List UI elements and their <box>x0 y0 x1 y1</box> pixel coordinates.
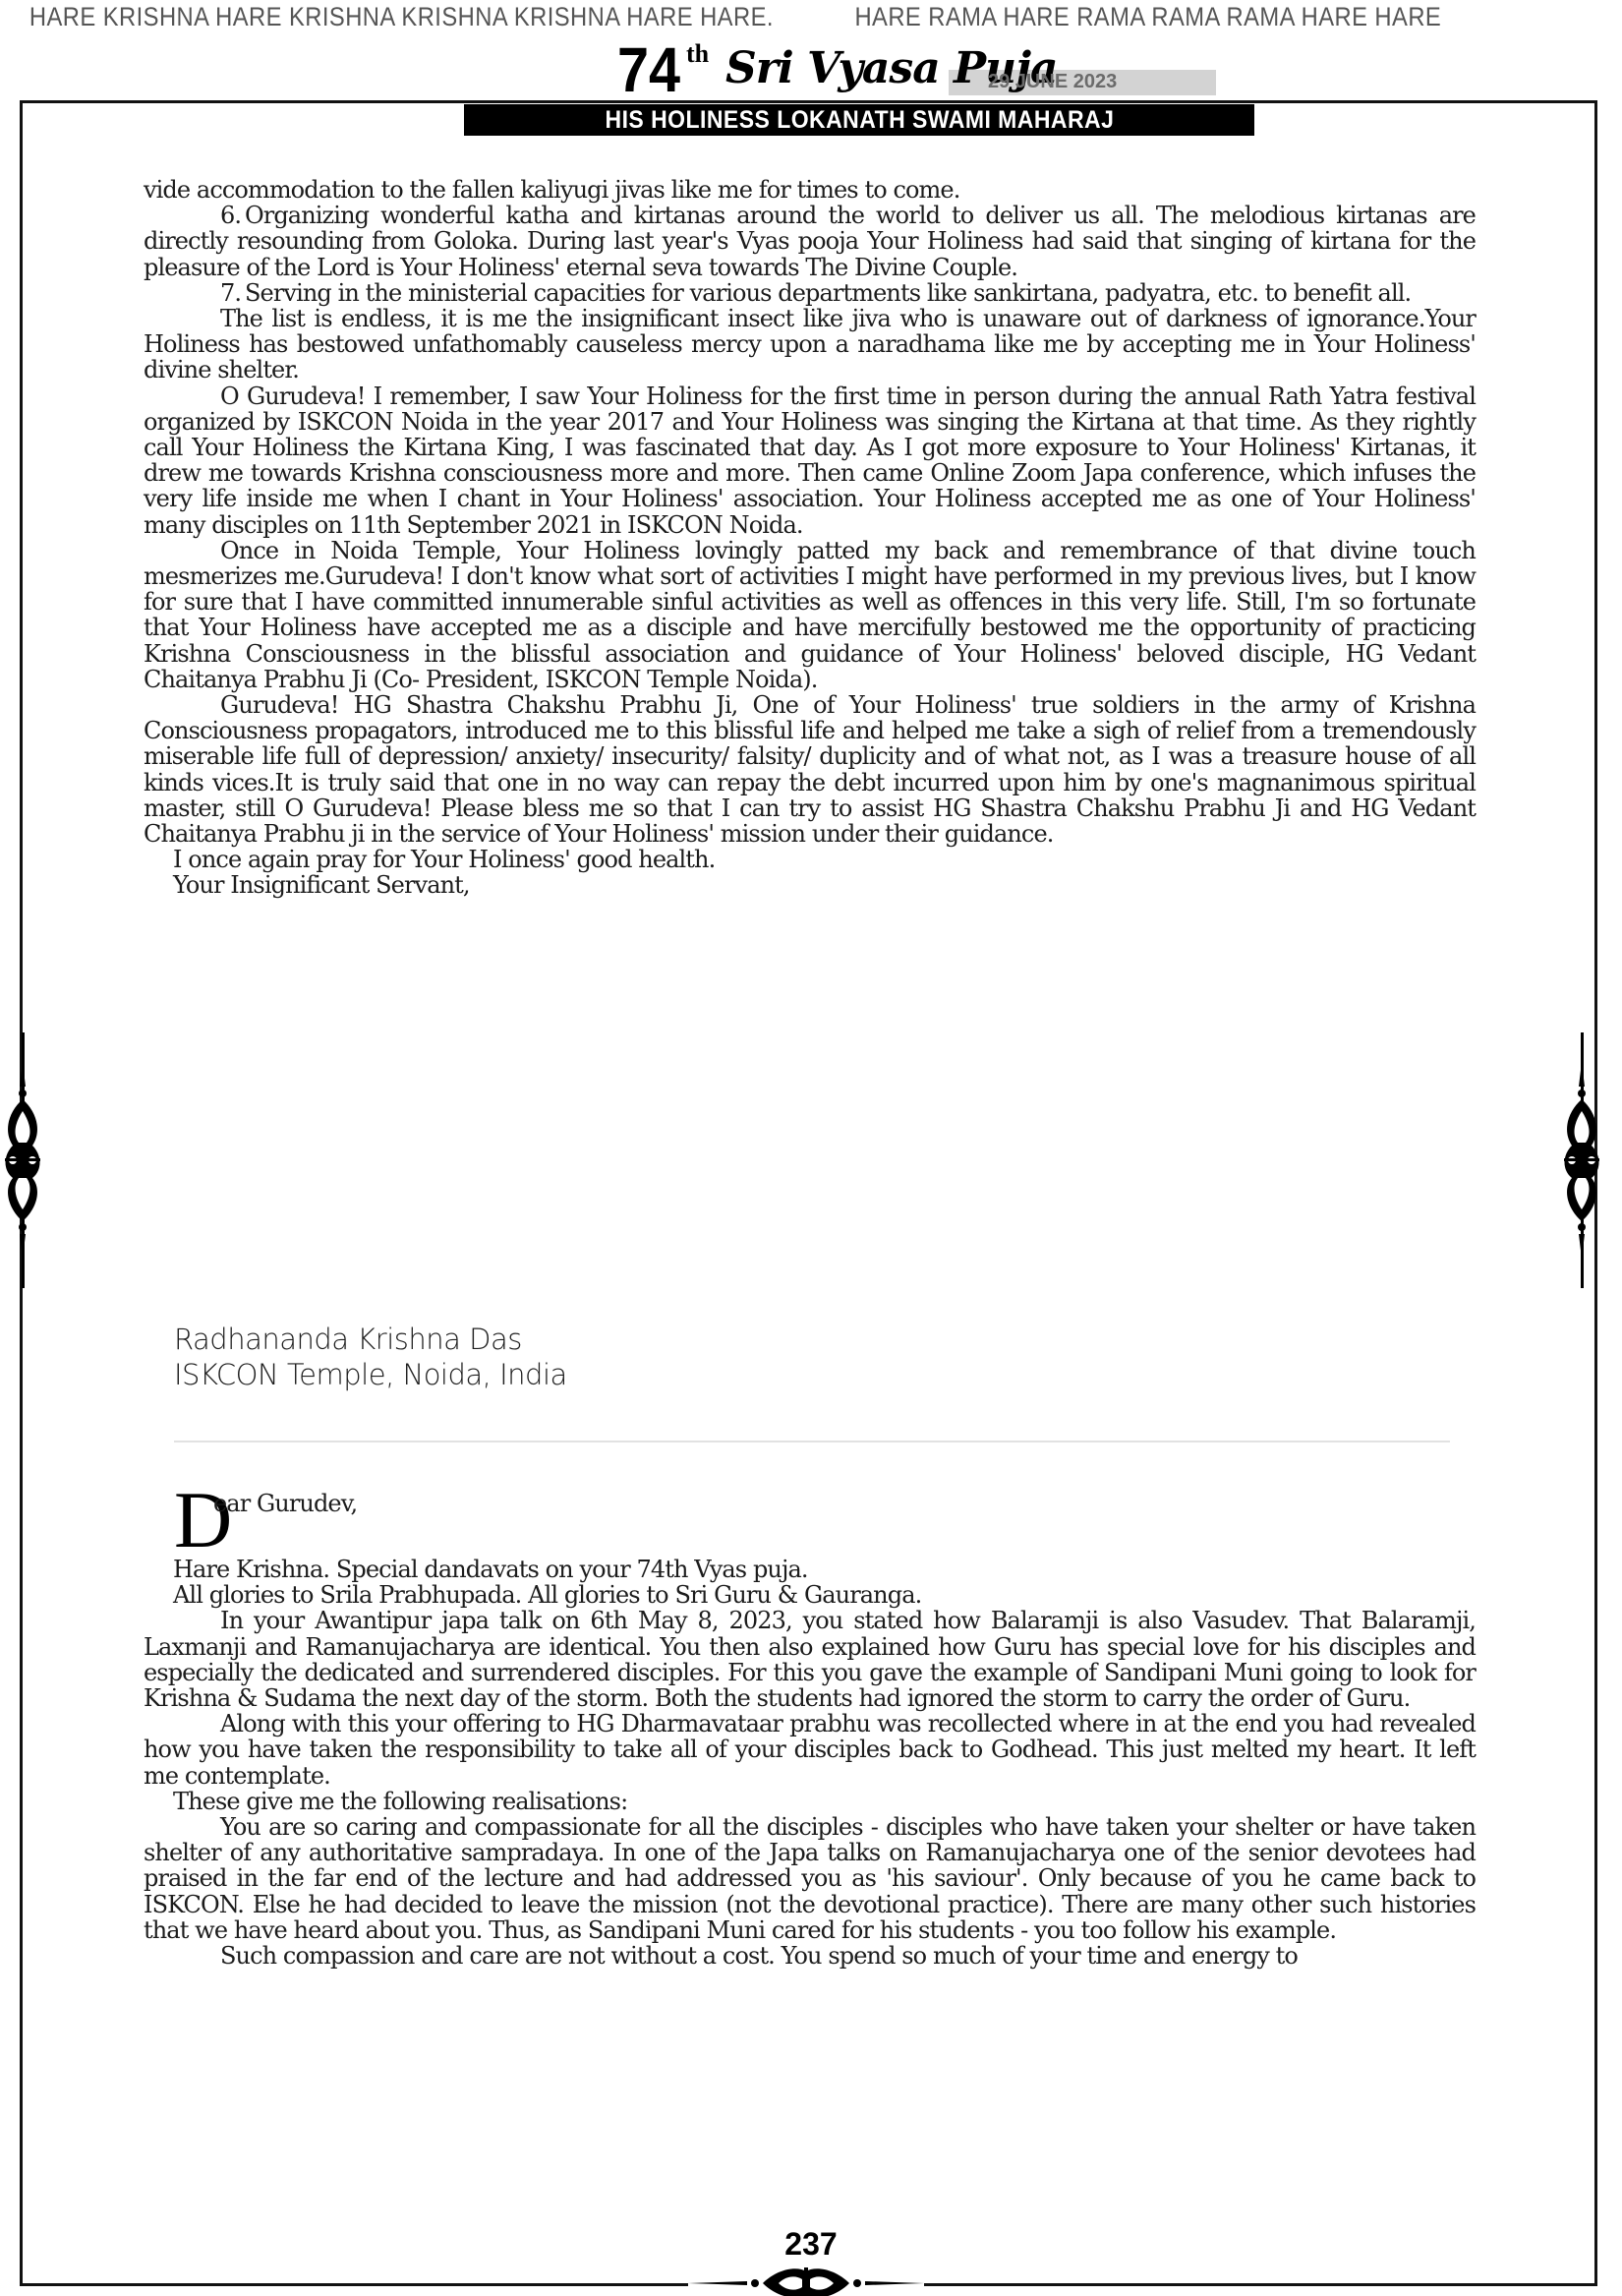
mantra-left: HARE KRISHNA HARE KRISHNA KRISHNA KRISHN… <box>29 2 774 32</box>
paragraph: You are so caring and compassionate for … <box>144 1814 1476 1943</box>
floral-ornament-icon <box>1562 1032 1601 1288</box>
signature-block: Radhananda Krishna Das ISKCON Temple, No… <box>174 1322 567 1392</box>
paragraph: I once again pray for Your Holiness' goo… <box>144 847 1476 872</box>
paragraph: Gurudeva! HG Shastra Chakshu Prabhu Ji, … <box>144 692 1476 847</box>
floral-ornament-icon <box>3 1032 42 1288</box>
signature-name: Radhananda Krishna Das <box>174 1322 567 1357</box>
mantra-right: HARE RAMA HARE RAMA RAMA RAMA HARE HARE <box>854 2 1441 32</box>
closing-line: Your Insignificant Servant, <box>144 872 1476 898</box>
salutation-text: ear Gurudev, <box>213 1490 357 1517</box>
paragraph: vide accommodation to the fallen kaliyug… <box>144 177 1476 203</box>
paragraph: O Gurudeva! I remember, I saw Your Holin… <box>144 383 1476 538</box>
name-banner: HIS HOLINESS LOKANATH SWAMI MAHARAJ <box>464 104 1254 136</box>
name-banner-text: HIS HOLINESS LOKANATH SWAMI MAHARAJ <box>605 104 1114 136</box>
date-label: 29 JUNE 2023 <box>988 71 1117 93</box>
mantra-header: HARE KRISHNA HARE KRISHNA KRISHNA KRISHN… <box>0 2 1427 31</box>
title-number: 74 <box>617 39 680 100</box>
paragraph: Such compassion and care are not without… <box>144 1943 1476 1969</box>
letter-two-body: Hare Krishna. Special dandavats on your … <box>144 1557 1476 1969</box>
paragraph: Once in Noida Temple, Your Holiness lovi… <box>144 538 1476 692</box>
letter-one-body: vide accommodation to the fallen kaliyug… <box>144 177 1476 899</box>
paragraph: 7. Serving in the ministerial capacities… <box>144 280 1476 306</box>
paragraph: Along with this your offering to HG Dhar… <box>144 1711 1476 1789</box>
section-divider <box>174 1441 1450 1442</box>
paragraph: 6. Organizing wonderful katha and kirtan… <box>144 203 1476 280</box>
floral-divider-icon <box>688 2264 924 2296</box>
paragraph: The list is endless, it is me the insign… <box>144 306 1476 383</box>
title-suffix: th <box>686 39 709 69</box>
page-number: 237 <box>0 2226 1622 2263</box>
paragraph: All glories to Srila Prabhupada. All glo… <box>144 1582 1476 1608</box>
paragraph: Hare Krishna. Special dandavats on your … <box>144 1557 1476 1582</box>
page-title: 74 th Sri Vyasa Puja <box>617 39 687 100</box>
paragraph: In your Awantipur japa talk on 6th May 8… <box>144 1608 1476 1711</box>
signature-place: ISKCON Temple, Noida, India <box>174 1357 567 1392</box>
paragraph: These give me the following realisations… <box>144 1789 1476 1814</box>
